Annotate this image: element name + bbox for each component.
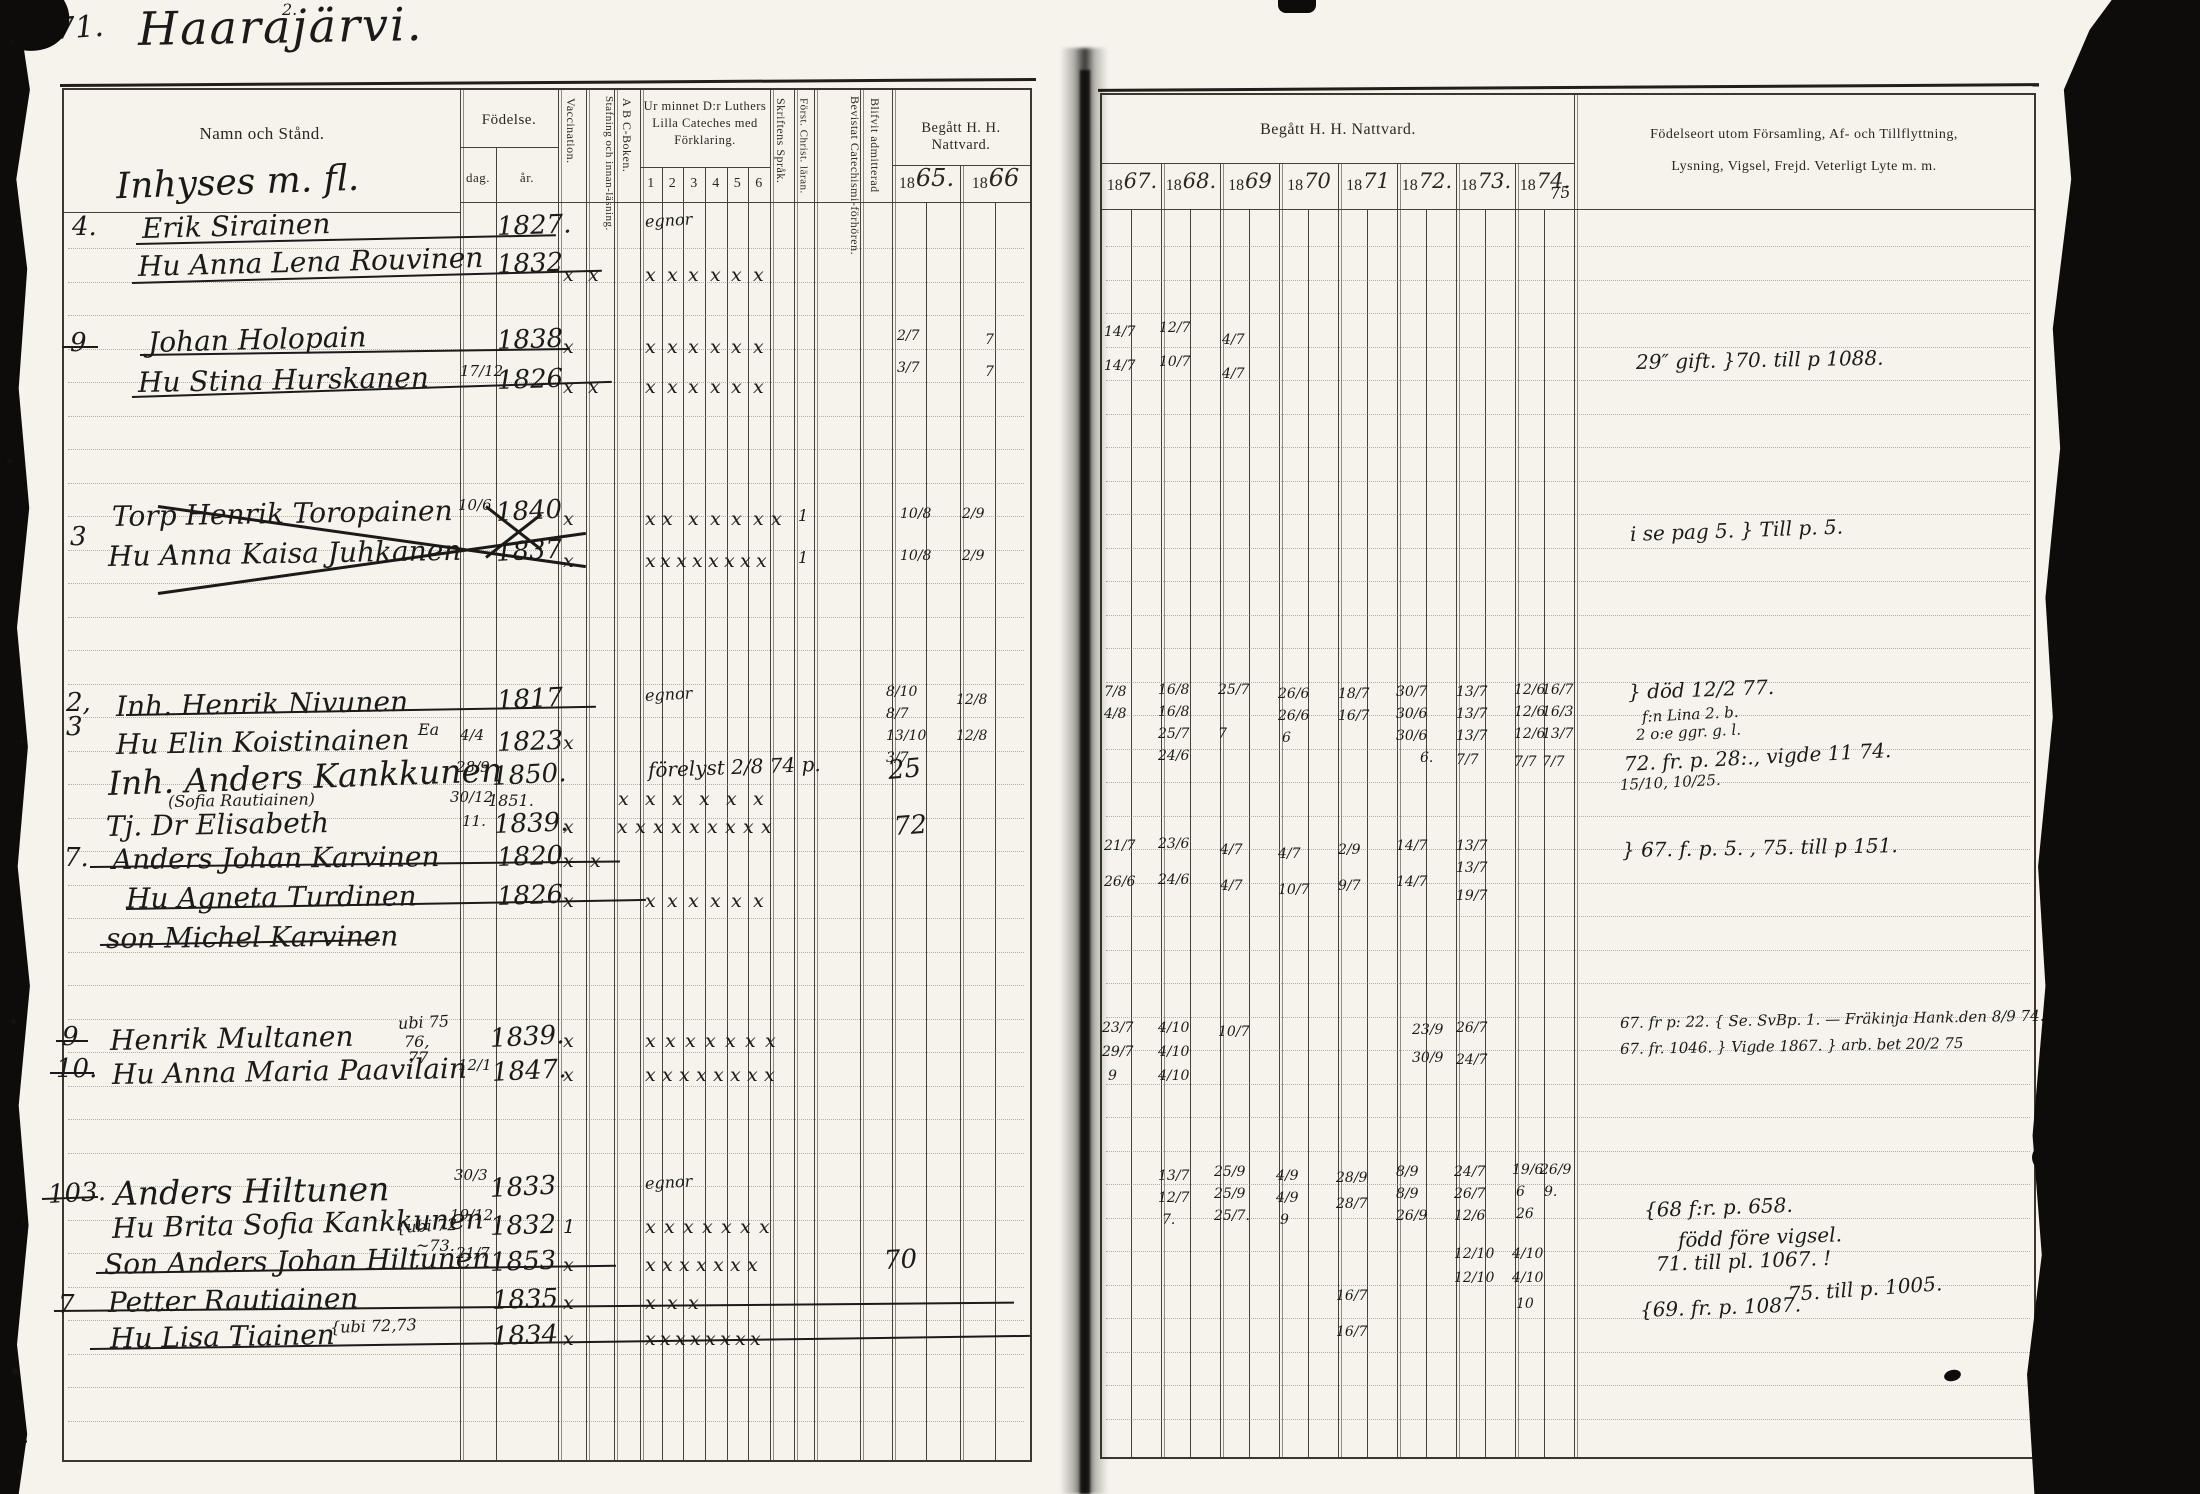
handwriting: x (645, 1328, 656, 1350)
handwriting: 6 (1282, 730, 1291, 746)
handwriting: 1839. (493, 807, 568, 840)
handwriting: x (688, 264, 699, 286)
handwriting: x (645, 1030, 656, 1052)
year-written: 65. (916, 164, 954, 192)
col-header-fodelseort-line1: Födelseort utom Församling, Af- och Till… (1578, 127, 2030, 143)
handwriting: 24/7 (1456, 1052, 1487, 1068)
handwriting: 1838 (496, 324, 563, 356)
col-header-cateches: Ur minnet D:r Luthers Lilla Cateches med… (642, 98, 768, 149)
handwriting: 10. (56, 1054, 97, 1084)
handwriting: 12/6 (1514, 704, 1545, 720)
handwriting: x (743, 816, 754, 838)
year-printed: 18 (1166, 177, 1182, 194)
handwriting: 24/6 (1158, 748, 1189, 764)
handwriting: 4/7 (1220, 878, 1243, 894)
column-line (586, 90, 587, 1460)
handwriting: x (563, 264, 574, 286)
year-printed: 18 (899, 175, 915, 192)
handwriting: x (731, 264, 742, 286)
handwriting: x (660, 1328, 671, 1350)
handwriting: x (667, 376, 678, 398)
column-line (1279, 163, 1280, 1457)
handwriting: x (617, 816, 628, 838)
row-guide-line (1106, 1084, 2030, 1085)
handwriting: x (761, 816, 772, 838)
year-written: 66 (989, 164, 1020, 192)
handwriting: {ubi 72,73 (330, 1315, 417, 1337)
handwriting: 4/10 (1158, 1020, 1189, 1036)
handwriting: 19/6 (1512, 1162, 1543, 1178)
year-written: 67. (1124, 169, 1157, 193)
row-guide-line (1106, 581, 2030, 582)
cateches-col-6: 6 (748, 176, 770, 192)
handwriting: 3 (66, 712, 83, 742)
row-guide-line (68, 1153, 1024, 1154)
handwriting: x (730, 1254, 741, 1276)
handwriting: 14/7 (1104, 358, 1135, 374)
handwriting: x (563, 1064, 574, 1086)
handwriting: 12/10 (1454, 1270, 1494, 1286)
handwriting: x (689, 816, 700, 838)
handwriting: 1820 (496, 841, 563, 873)
handwriting: 8/9 (1396, 1186, 1419, 1202)
handwriting: 10/8 (900, 506, 931, 522)
header-rule (892, 165, 1030, 166)
handwriting: 75 (1549, 182, 1571, 203)
handwriting: x (747, 1254, 758, 1276)
handwriting: 13/7 (1456, 706, 1487, 722)
handwriting: 1833 (489, 1171, 557, 1204)
handwriting: 21/7 (456, 1244, 490, 1262)
row-guide-line (68, 1387, 1024, 1388)
handwriting: x (645, 890, 656, 912)
handwriting: x (710, 890, 721, 912)
handwriting: x (710, 508, 721, 530)
handwriting: 4/10 (1158, 1044, 1189, 1060)
handwriting: 12/6 (1514, 682, 1545, 698)
handwriting: x (759, 1216, 770, 1238)
row-guide-line (68, 617, 1024, 618)
handwriting: 16/7 (1336, 1288, 1367, 1304)
handwriting: x (753, 336, 764, 358)
column-line (1249, 209, 1250, 1457)
handwriting: 12/1 (458, 1056, 492, 1074)
handwriting: x (721, 1216, 732, 1238)
handwriting: 7. (64, 843, 89, 873)
handwriting: x (645, 1254, 656, 1276)
column-line (1367, 209, 1368, 1457)
row-guide-line (68, 1421, 1024, 1422)
row-guide-line (1106, 1251, 2030, 1252)
handwriting: 10/8 (900, 548, 931, 564)
handwriting: Henrik Multanen (110, 1020, 354, 1057)
row-guide-line (1106, 1117, 2030, 1118)
handwriting: 9 (1108, 1068, 1117, 1084)
handwriting: Tj. Dr Elisabeth (106, 806, 330, 843)
handwriting: x (645, 1064, 656, 1086)
handwriting: 1847. (491, 1054, 567, 1088)
cateches-col-3: 3 (683, 176, 705, 192)
year-cell-1865: 1865. (892, 166, 960, 194)
handwriting: x (563, 850, 574, 872)
handwriting: 13/7 (1456, 728, 1487, 744)
handwriting: x (753, 508, 764, 530)
handwriting: x (660, 550, 671, 572)
handwriting: 12/8 (956, 728, 987, 744)
row-guide-line (1106, 1419, 2030, 1420)
handwriting: 1850. (491, 758, 567, 792)
handwriting: 26/7 (1454, 1186, 1485, 1202)
handwriting: 9 (62, 1022, 79, 1052)
year-printed: 18 (972, 175, 988, 192)
row-guide-line (68, 1354, 1024, 1355)
column-line (860, 90, 861, 1460)
handwriting: x (724, 550, 735, 572)
handwriting: 30/9 (1412, 1050, 1443, 1066)
handwriting: x (747, 1064, 758, 1086)
row-guide-line (1106, 648, 2030, 649)
year-written: 70 (1304, 169, 1331, 193)
col-header-abc: A B C-Boken. (619, 98, 633, 258)
handwriting: x (702, 1216, 713, 1238)
handwriting: x (667, 336, 678, 358)
handwriting: x (745, 1030, 756, 1052)
handwriting: x (765, 1030, 776, 1052)
row-guide-line (1106, 883, 2030, 884)
handwriting: x (710, 264, 721, 286)
handwriting: 11. (462, 812, 486, 830)
row-guide-line (1106, 816, 2030, 817)
cateches-col-2: 2 (662, 176, 683, 192)
handwriting: x (740, 1216, 751, 1238)
column-line (1397, 163, 1398, 1457)
handwriting: 1853 (489, 1246, 556, 1278)
handwriting: 13/7 (1158, 1168, 1189, 1184)
handwriting: 9/7 (1338, 878, 1361, 894)
handwriting: 7/7 (1456, 752, 1479, 768)
handwriting: x (563, 1328, 574, 1350)
handwriting: 7 (58, 1290, 75, 1320)
row-guide-line (1106, 950, 2030, 951)
handwriting: 4/9 (1276, 1168, 1299, 1184)
handwriting: x (750, 1328, 761, 1350)
handwriting: 28/9 (456, 758, 490, 776)
handwriting: x (675, 1328, 686, 1350)
header-rule (460, 202, 1030, 203)
handwriting: 12/8 (956, 692, 987, 708)
handwriting: x (690, 1328, 701, 1350)
year-cell-1872: 1872. (1397, 171, 1456, 195)
handwriting: 12/7 (1158, 1190, 1189, 1206)
column-line (1308, 209, 1309, 1457)
row-guide-line (68, 483, 1024, 484)
year-written: 71 (1363, 169, 1390, 193)
handwriting: x (667, 1292, 678, 1314)
column-line (1426, 209, 1427, 1457)
year-cell-1869: 1869 (1220, 171, 1279, 195)
handwriting: x (713, 1254, 724, 1276)
col-header-stafning: Stafning och innan-läsning. (588, 96, 615, 266)
handwriting: } död 12/2 77. (1628, 675, 1775, 704)
handwriting: 18/7 (1338, 686, 1369, 702)
handwriting: Hu Stina Hurskanen (138, 361, 429, 399)
handwriting: x (563, 816, 574, 838)
col-header-blifvit: Blifvit admitterad (867, 98, 881, 258)
handwriting: x (692, 550, 703, 572)
row-guide-line (1106, 1318, 2030, 1319)
column-line (1574, 95, 1575, 1457)
handwriting: x (563, 732, 574, 754)
handwriting: x (662, 1064, 673, 1086)
handwriting: 6 (1516, 1184, 1525, 1200)
row-guide-line (1106, 1151, 2030, 1152)
handwriting: 16/7 (1338, 708, 1369, 724)
header-rule (1102, 163, 1574, 164)
handwriting: 4/10 (1512, 1270, 1543, 1286)
handwriting: x (753, 788, 764, 810)
handwriting: 8/10 (886, 684, 917, 700)
handwriting: x (563, 376, 574, 398)
handwriting: 103. (47, 1177, 106, 1210)
year-cell-1867: 1867. (1102, 171, 1161, 195)
handwriting: 1835 (491, 1284, 558, 1316)
handwriting: egnor (645, 210, 693, 231)
handwriting: 4/7 (1222, 366, 1245, 382)
handwriting: 70 (883, 1244, 918, 1276)
handwriting: son Michel Karvinen (106, 919, 399, 955)
handwriting: 1 (798, 548, 808, 567)
handwriting: x (705, 1328, 716, 1350)
year-printed: 18 (1346, 177, 1362, 194)
handwriting: x (708, 550, 719, 572)
year-cell-1871: 1871 (1338, 171, 1397, 195)
handwriting: 3/7 (886, 750, 909, 766)
handwriting: x (645, 550, 656, 572)
handwriting: } 67. f. p. 5. , 75. till p 151. (1622, 833, 1898, 862)
handwriting: x (710, 336, 721, 358)
handwriting: 10/7 (1159, 354, 1190, 370)
handwriting: x (563, 1254, 574, 1276)
handwriting: x (688, 890, 699, 912)
handwriting: 4/7 (1220, 842, 1243, 858)
handwriting: x (731, 508, 742, 530)
handwriting: x (662, 508, 673, 530)
handwriting: 2. (282, 0, 297, 19)
handwriting: x (685, 1030, 696, 1052)
handwriting: 72 (893, 810, 928, 842)
year-cell-1866: 1866 (960, 166, 1030, 194)
handwriting: 7 (985, 364, 994, 380)
handwriting: 19/12 (450, 1206, 493, 1224)
page-title: Haarajärvi. (138, 0, 424, 56)
row-guide-line (68, 1019, 1024, 1020)
cateches-col-4: 4 (705, 176, 727, 192)
handwriting: x (618, 788, 629, 810)
handwriting: 10 (1516, 1296, 1534, 1312)
column-line (640, 90, 641, 1460)
page-edge-right (2016, 0, 2200, 1494)
handwriting: 4/7 (1278, 846, 1301, 862)
col-header-ar: år. (496, 170, 558, 186)
handwriting: x (679, 1064, 690, 1086)
col-header-skriftens: Skriftens Språk. (773, 98, 787, 258)
year-printed: 18 (1287, 177, 1303, 194)
page-edge-left (0, 0, 34, 1494)
handwriting: 25/7 (1218, 682, 1249, 698)
header-rule (460, 147, 558, 148)
strikethrough-line (50, 1072, 94, 1074)
handwriting: x (667, 264, 678, 286)
row-guide-line (68, 315, 1024, 316)
row-guide-line (1106, 615, 2030, 616)
handwriting: x (563, 890, 574, 912)
handwriting: 24/6 (1158, 872, 1189, 888)
row-guide-line (1106, 447, 2030, 448)
col-header-fodelse: Födelse. (460, 112, 558, 129)
row-guide-line (68, 1119, 1024, 1120)
handwriting: x (590, 850, 601, 872)
handwriting: 1832 (489, 1210, 556, 1242)
column-line (1515, 163, 1516, 1457)
column-line (614, 90, 615, 1460)
year-cell-1870: 1870 (1279, 171, 1338, 195)
scan-artifact-dot (2032, 1144, 2059, 1171)
handwriting: x (707, 816, 718, 838)
col-header-dag: dag. (460, 170, 496, 186)
handwriting: 1832 (496, 248, 563, 280)
handwriting: 13/10 (886, 728, 926, 744)
handwriting: x (713, 1064, 724, 1086)
row-guide-line (1106, 481, 2030, 482)
row-guide-line (68, 985, 1024, 986)
handwriting: x (753, 264, 764, 286)
handwriting: 28/7 (1336, 1196, 1367, 1212)
table-top-rule (1098, 83, 2039, 92)
handwriting: x (588, 264, 599, 286)
handwriting: 28/9 (1336, 1170, 1367, 1186)
column-line (727, 167, 728, 1460)
col-header-forst: Först. Christ. läran. (797, 98, 810, 263)
row-guide-line (1106, 1184, 2030, 1185)
handwriting: x (662, 1254, 673, 1276)
handwriting: 25/9 (1214, 1164, 1245, 1180)
handwriting: x (665, 1030, 676, 1052)
col-header-fodelseort-line2: Lysning, Vigsel, Frejd. Veterligt Lyte m… (1578, 159, 2030, 175)
handwriting: 12/7 (1159, 320, 1190, 336)
handwriting: x (696, 1254, 707, 1276)
handwriting: 8/9 (1396, 1164, 1419, 1180)
handwriting: 2/9 (962, 506, 985, 522)
handwriting: 14/7 (1104, 324, 1135, 340)
cateches-col-5: 5 (727, 176, 748, 192)
handwriting: x (696, 1064, 707, 1086)
row-guide-line (1106, 280, 2030, 281)
row-guide-line (1106, 1385, 2030, 1386)
year-printed: 18 (1402, 177, 1418, 194)
header-rule (640, 167, 770, 168)
handwriting: Anders Johan Karvinen (112, 840, 440, 876)
year-printed: 18 (1228, 177, 1244, 194)
handwriting: x (731, 336, 742, 358)
year-written: 72. (1419, 169, 1452, 193)
handwriting: {ubi 72 (396, 1215, 458, 1237)
handwriting: 25/7. (1214, 1208, 1250, 1224)
row-guide-line (68, 449, 1024, 450)
handwriting: Hu Lisa Tiainen (110, 1318, 335, 1355)
handwriting: 16/8 (1158, 682, 1189, 698)
strikethrough-line (56, 1040, 88, 1042)
header-rule (1102, 209, 2034, 210)
handwriting: x (726, 788, 737, 810)
handwriting: x (645, 508, 656, 530)
year-written: 69 (1245, 169, 1272, 193)
row-guide-line (1106, 1352, 2030, 1353)
handwriting: 21/7 (1104, 838, 1135, 854)
right-page-table: Begått H. H. Nattvard. Födelseort utom F… (1100, 93, 2036, 1459)
handwriting: 26 (1516, 1206, 1534, 1222)
row-guide-line (68, 918, 1024, 919)
handwriting: x (683, 1216, 694, 1238)
handwriting: 2/9 (1338, 842, 1361, 858)
handwriting: 24/7 (1454, 1164, 1485, 1180)
handwriting: x (735, 1328, 746, 1350)
scanned-church-record-page: 71. Haarajärvi. Namn och Stånd. Inhyses … (0, 0, 2200, 1494)
year-printed: 18 (1461, 177, 1477, 194)
handwriting: 8/7 (886, 706, 909, 722)
handwriting: 13/7 (1456, 838, 1487, 854)
column-line (1456, 163, 1457, 1457)
handwriting: egnor (645, 684, 693, 705)
table-top-rule (60, 78, 1036, 87)
handwriting: x (671, 816, 682, 838)
row-guide-line (1106, 782, 2030, 783)
handwriting: x (730, 1064, 741, 1086)
strikethrough-line (62, 346, 98, 348)
handwriting: Son Anders Johan Hiltunen (104, 1241, 491, 1281)
handwriting: ubi 75 (398, 1011, 450, 1033)
handwriting: x (664, 1216, 675, 1238)
row-guide-line (1106, 749, 2030, 750)
year-written: 68. (1183, 169, 1216, 193)
handwriting: x (672, 788, 683, 810)
handwriting: 14/7 (1396, 874, 1427, 890)
handwriting: x (771, 508, 782, 530)
scan-artifact-top (1278, 0, 1316, 13)
handwriting: 1 (563, 1216, 575, 1238)
handwriting: x (563, 550, 574, 572)
handwriting: x (740, 550, 751, 572)
handwriting: x (676, 550, 687, 572)
handwriting: 23/6 (1158, 836, 1189, 852)
handwriting: 13/7 (1542, 726, 1573, 742)
handwriting: 4/10 (1512, 1246, 1543, 1262)
handwriting: Inh. Henrik Nivunen (116, 685, 409, 723)
handwriting: x (688, 336, 699, 358)
handwriting: 4/7 (1222, 332, 1245, 348)
year-written: 73. (1478, 169, 1511, 193)
handwriting: x (753, 376, 764, 398)
column-line (960, 165, 961, 1460)
handwriting: Torp Henrik Toropainen (112, 494, 453, 533)
handwriting: 30/6 (1396, 706, 1427, 722)
column-line (1220, 163, 1221, 1457)
handwriting: x (731, 890, 742, 912)
handwriting: x (753, 890, 764, 912)
col-header-begatt-right: Begått H. H. Nattvard. (1102, 121, 1574, 139)
row-guide-line (1106, 548, 2030, 549)
handwriting: 30/3 (454, 1166, 488, 1184)
handwriting: 7 (985, 332, 994, 348)
